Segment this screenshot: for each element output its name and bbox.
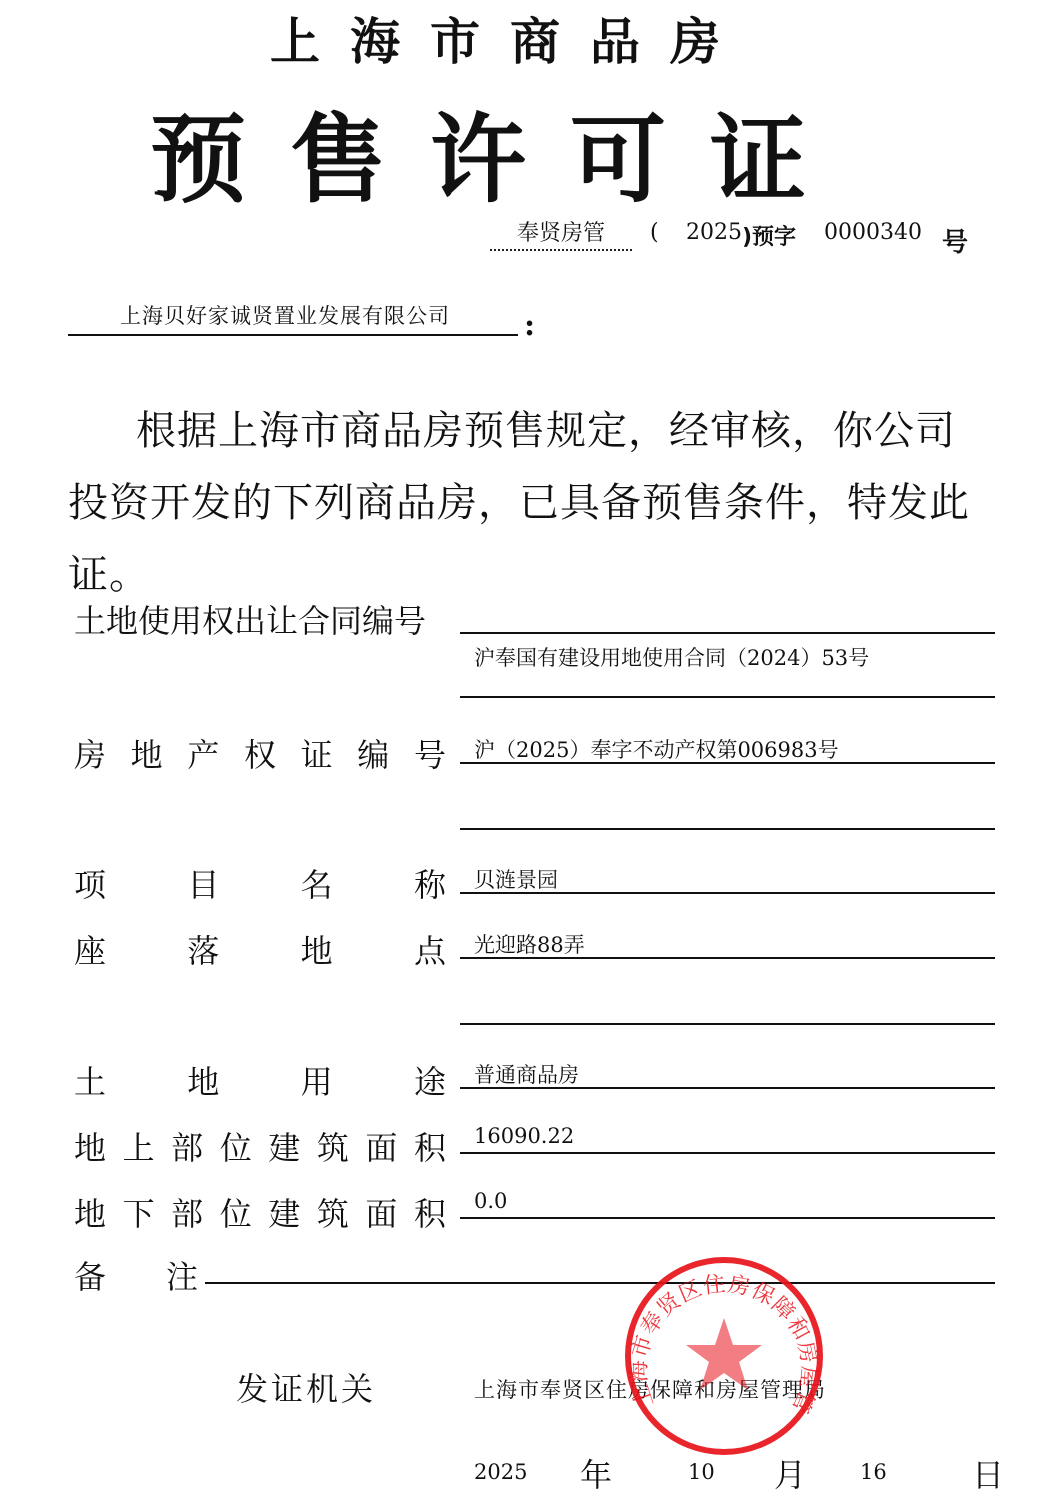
divider-line [460,1023,995,1025]
permit-issuer-abbrev: 奉贤房管 [490,216,632,251]
issue-date-day-unit: 日 [972,1450,1004,1496]
permit-serial: 0000340 [824,220,922,245]
label-char: 名 [301,860,333,906]
label-char: 部 [171,1189,203,1235]
issuing-authority-label: 发证机关 [236,1364,376,1410]
label-char: 点 [414,926,446,972]
label-char: 上 [123,1123,155,1169]
label-char: 称 [414,860,446,906]
issue-date-day: 16 [860,1460,887,1484]
label-char: 下 [123,1189,155,1235]
label-char: 地 [301,926,333,972]
label-char: 落 [187,926,219,972]
recipient-company: 上海贝好家诚贤置业发展有限公司 [68,300,518,336]
label-char: 位 [220,1123,252,1169]
permit-type: )预字 [742,220,796,251]
label-land-contract: 土地使用权出让合同编号 [74,596,446,642]
issue-date-year: 2025 [474,1460,527,1484]
value-location: 光迎路88弄 [460,929,995,959]
label-char: 房 [74,730,106,776]
label-char: 证 [301,730,333,776]
value-project-name: 贝涟景园 [460,864,995,894]
value-above-ground-area: 16090.22 [460,1124,995,1154]
label-char: 地 [131,730,163,776]
recipient-colon: : [524,308,535,343]
document-title-line1: 上海市商品房 [270,2,750,74]
label-text: 土地使用权出让合同编号 [74,596,426,642]
label-char: 面 [365,1123,397,1169]
permit-suffix: 号 [942,222,968,259]
label-char: 编 [357,730,389,776]
label-char: 号 [414,730,446,776]
document-title-line2: 预售许可证 [150,84,850,221]
divider-line [460,828,995,830]
label-char: 注 [166,1252,198,1298]
label-char: 项 [74,860,106,906]
label-char: 部 [171,1123,203,1169]
divider-line [460,632,995,634]
label-char: 地 [187,1057,219,1103]
label-property-cert: 房 地 产 权 证 编 号 [74,730,446,776]
issue-date-year-unit: 年 [580,1450,612,1496]
label-char: 位 [220,1189,252,1235]
official-seal: 上海市奉贤区住房保障和房屋管理局 [622,1254,826,1458]
label-char: 备 [74,1252,106,1298]
label-char: 目 [187,860,219,906]
issue-date-month: 10 [688,1460,715,1484]
value-property-cert: 沪（2025）奉字不动产权第006983号 [460,734,995,764]
label-char: 权 [244,730,276,776]
label-location: 座 落 地 点 [74,926,446,972]
permit-open-paren: ( [650,220,659,245]
label-land-use: 土 地 用 途 [74,1057,446,1103]
label-char: 地 [74,1189,106,1235]
permit-number: 奉贤房管 ( 2025 )预字 0000340 号 [490,216,990,256]
value-land-contract: 沪奉国有建设用地使用合同（2024）53号 [460,640,995,698]
label-underground-area: 地 下 部 位 建 筑 面 积 [74,1189,446,1235]
value-land-use: 普通商品房 [460,1059,995,1089]
label-char: 途 [414,1057,446,1103]
label-project-name: 项 目 名 称 [74,860,446,906]
label-char: 积 [414,1123,446,1169]
label-char: 筑 [317,1189,349,1235]
label-above-ground-area: 地 上 部 位 建 筑 面 积 [74,1123,446,1169]
permit-year: 2025 [686,220,742,245]
value-underground-area: 0.0 [460,1189,995,1219]
label-char: 筑 [317,1123,349,1169]
label-char: 面 [365,1189,397,1235]
label-char: 产 [187,730,219,776]
label-char: 地 [74,1123,106,1169]
value-remarks [205,1282,995,1284]
label-char: 建 [268,1189,300,1235]
body-text: 根据上海市商品房预售规定，经审核，你公司投资开发的下列商品房，已具备预售条件，特… [68,395,988,611]
seal-star-icon: 上海市奉贤区住房保障和房屋管理局 [622,1254,826,1458]
label-char: 建 [268,1123,300,1169]
label-remarks: 备 注 [74,1252,198,1298]
label-char: 座 [74,926,106,972]
label-char: 积 [414,1189,446,1235]
label-char: 用 [301,1057,333,1103]
label-char: 土 [74,1057,106,1103]
